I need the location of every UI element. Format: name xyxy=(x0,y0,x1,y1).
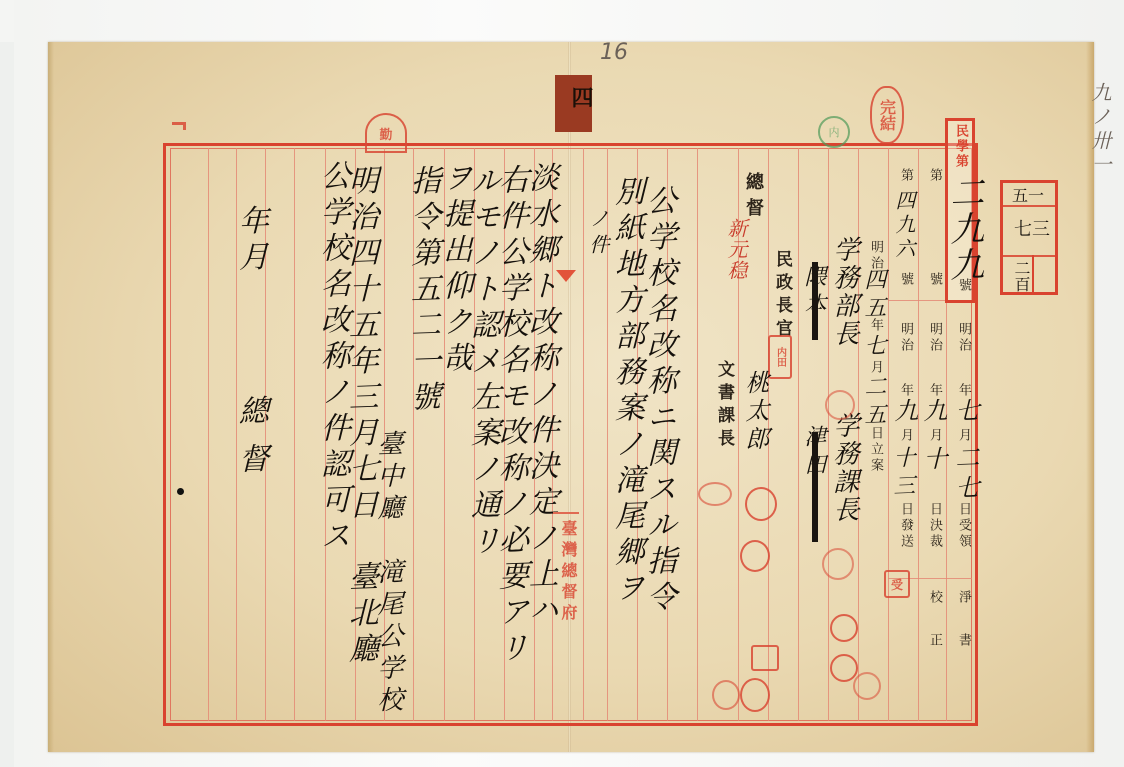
body-line-9: 公学校名改称ノ件認可ス xyxy=(310,159,354,557)
approval-seal xyxy=(745,487,777,521)
approval-seal xyxy=(825,390,855,420)
receipt-year-label: 年 xyxy=(954,383,973,399)
approval-seal-square xyxy=(751,645,779,671)
receipt-day-value: 二七 xyxy=(948,444,983,505)
document-section-chief-label: 文書課長 xyxy=(712,360,737,452)
body-line-10: 臺中廳 滝尾公学校 xyxy=(370,429,407,718)
dispatch-day-label: 日發送 xyxy=(896,502,915,550)
center-stamp-bar xyxy=(553,512,579,514)
dispatch-month-value: 九 xyxy=(887,397,922,428)
body-line-11: 年月 xyxy=(228,204,272,278)
decision-suffix: 號 xyxy=(925,272,944,288)
strike-mark-1 xyxy=(812,262,818,340)
decision-era: 明治 xyxy=(925,322,944,354)
completed-seal: 完結 xyxy=(870,86,904,144)
dispatch-number: 四九六 xyxy=(890,189,919,262)
academic-director-title: 学務部長 xyxy=(826,235,863,348)
tab-label: 四 xyxy=(566,86,597,108)
green-receipt-seal: 内 xyxy=(818,116,850,148)
approval-seal xyxy=(740,678,770,712)
approval-seal xyxy=(853,672,881,700)
academic-section-chief-title: 学務課長 xyxy=(826,411,863,524)
ink-dot xyxy=(177,488,184,495)
dispatch-era: 明治 xyxy=(896,322,915,354)
receipt-month-label: 月 xyxy=(954,428,973,444)
body-line-12: 總督 xyxy=(228,394,272,492)
body-line-2b: ノ件 xyxy=(584,207,613,260)
attendance-seal: 勤 xyxy=(365,113,407,153)
approval-seal xyxy=(830,654,858,682)
decision-prefix: 第 xyxy=(925,168,944,184)
receipt-suffix: 號 xyxy=(954,278,973,294)
dispatch-seal: 受 xyxy=(884,570,910,598)
document-chief-sign: 桃太郎 xyxy=(738,369,773,454)
dispatch-suffix: 號 xyxy=(896,272,915,288)
approval-seal xyxy=(712,680,740,710)
receipt-bottom: 二百 xyxy=(1010,260,1033,292)
approval-seal xyxy=(698,482,732,506)
receipt-top: 五一 xyxy=(1012,183,1044,206)
classification-label: 民學第 xyxy=(951,124,970,169)
approval-seal xyxy=(830,614,858,642)
draft-day-label: 日立案 xyxy=(866,426,885,474)
draft-month-label: 月 xyxy=(866,360,885,376)
decision-month-label: 月 xyxy=(925,428,944,444)
approval-seal xyxy=(822,548,854,580)
dispatch-day-value: 十三 xyxy=(887,445,918,502)
proofread-label: 校正 xyxy=(925,590,944,676)
page-number: 16 xyxy=(600,40,628,65)
approval-seal xyxy=(740,540,770,572)
decision-day-label: 日決裁 xyxy=(925,502,944,550)
receipt-day-label: 日受領 xyxy=(954,502,973,550)
center-marker xyxy=(556,270,576,282)
decision-year-label: 年 xyxy=(925,383,944,399)
corner-mark xyxy=(172,122,186,130)
body-line-7: 指令第五二一號 xyxy=(400,164,444,418)
governor-signature: 新元稳 xyxy=(722,218,751,281)
dispatch-prefix: 第 xyxy=(896,168,915,184)
receipt-era: 明治 xyxy=(954,322,973,354)
strike-mark-2 xyxy=(812,432,818,542)
civil-affairs-chief-label: 民政長官 xyxy=(770,250,795,342)
margin-note: 九ノ卅一 xyxy=(1086,82,1115,178)
classification-number: 二九九 xyxy=(940,174,989,284)
draft-year-label: 年 xyxy=(866,318,885,334)
dispatch-year-label: 年 xyxy=(896,383,915,399)
receipt-month-value: 七 xyxy=(948,397,983,428)
center-stamp: 臺灣總督府 xyxy=(557,520,580,625)
decision-day-value: 十 xyxy=(916,445,951,476)
dispatch-month-label: 月 xyxy=(896,428,915,444)
receipt-middle: 七三 xyxy=(1014,215,1050,241)
clean-copy-label: 淨書 xyxy=(954,590,973,676)
governor-general-label: 總督 xyxy=(740,172,766,224)
